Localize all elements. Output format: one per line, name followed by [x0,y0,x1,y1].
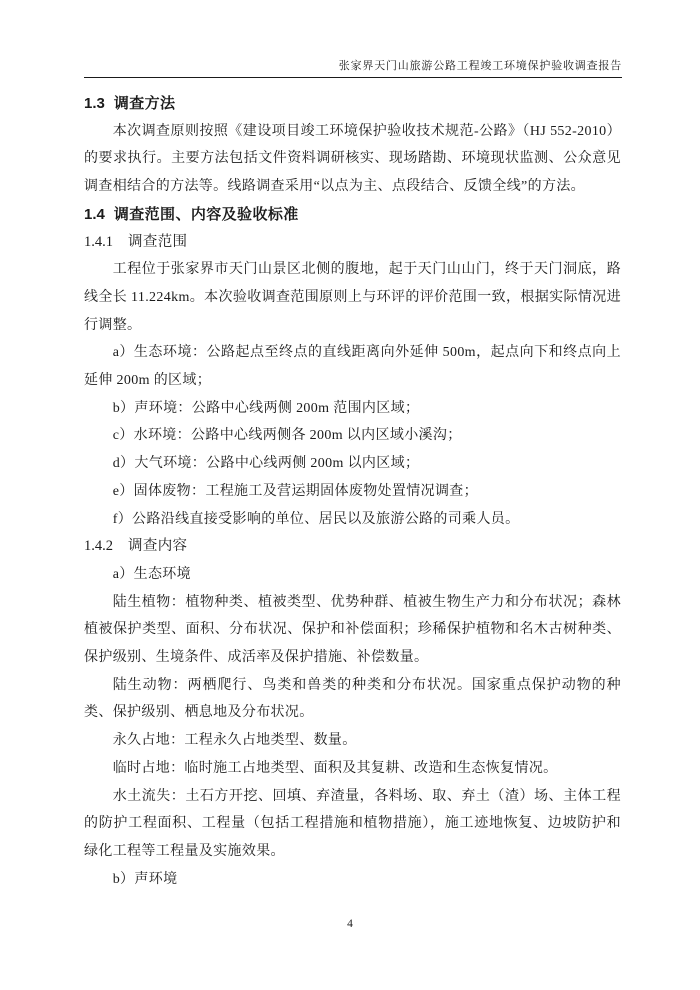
document-page: 张家界天门山旅游公路工程竣工环境保护验收调查报告 1.3调查方法 本次调查原则按… [0,0,700,990]
list-item-e-solid-waste-scope: e）固体废物：工程施工及营运期固体废物处置情况调查； [84,478,621,506]
paragraph-survey-methods: 本次调查原则按照《建设项目竣工环境保护验收技术规范-公路》（HJ 552-201… [84,118,621,201]
section-title: 调查范围、内容及验收标准 [114,206,299,223]
page-number: 4 [347,918,353,930]
page-footer: 4 [0,916,700,932]
paragraph-permanent-land: 永久占地：工程永久占地类型、数量。 [84,727,621,755]
document-content: 1.3调查方法 本次调查原则按照《建设项目竣工环境保护验收技术规范-公路》（HJ… [84,90,621,893]
list-item-b-noise-scope: b）声环境：公路中心线两侧 200m 范围内区域； [84,395,621,423]
running-header-title: 张家界天门山旅游公路工程竣工环境保护验收调查报告 [84,58,622,74]
section-number: 1.4 [84,206,105,223]
section-heading-1-4-2: 1.4.2调查内容 [84,533,621,561]
paragraph-terrestrial-plants: 陆生植物：植物种类、植被类型、优势种群、植被生物生产力和分布状况；森林植被保护类… [84,589,621,672]
paragraph-temporary-land: 临时占地：临时施工占地类型、面积及其复耕、改造和生态恢复情况。 [84,755,621,783]
section-heading-1-4: 1.4调查范围、内容及验收标准 [84,201,621,229]
section-heading-1-4-1: 1.4.1调查范围 [84,229,621,257]
list-item-f-affected-people: f）公路沿线直接受影响的单位、居民以及旅游公路的司乘人员。 [84,506,621,534]
section-number: 1.4.1 [84,234,113,250]
list-item-c-water-scope: c）水环境：公路中心线两侧各 200m 以内区域小溪沟； [84,422,621,450]
section-title: 调查方法 [114,95,176,112]
section-title: 调查内容 [128,538,187,554]
paragraph-survey-scope-intro: 工程位于张家界市天门山景区北侧的腹地，起于天门山山门，终于天门洞底，路线全长 1… [84,256,621,339]
list-item-a-ecology-scope: a）生态环境：公路起点至终点的直线距离向外延伸 500m，起点向下和终点向上延伸… [84,339,621,394]
paragraph-terrestrial-animals: 陆生动物：两栖爬行、鸟类和兽类的种类和分布状况。国家重点保护动物的种类、保护级别… [84,672,621,727]
section-title: 调查范围 [128,234,187,250]
list-item-d-air-scope: d）大气环境：公路中心线两侧 200m 以内区域； [84,450,621,478]
section-number: 1.4.2 [84,538,113,554]
list-item-a-ecology-content: a）生态环境 [84,561,621,589]
paragraph-soil-erosion: 水土流失：土石方开挖、回填、弃渣量，各料场、取、弃土（渣）场、主体工程的防护工程… [84,783,621,866]
section-heading-1-3: 1.3调查方法 [84,90,621,118]
section-number: 1.3 [84,95,105,112]
header-rule [84,77,622,78]
list-item-b-noise-content: b）声环境 [84,866,621,894]
